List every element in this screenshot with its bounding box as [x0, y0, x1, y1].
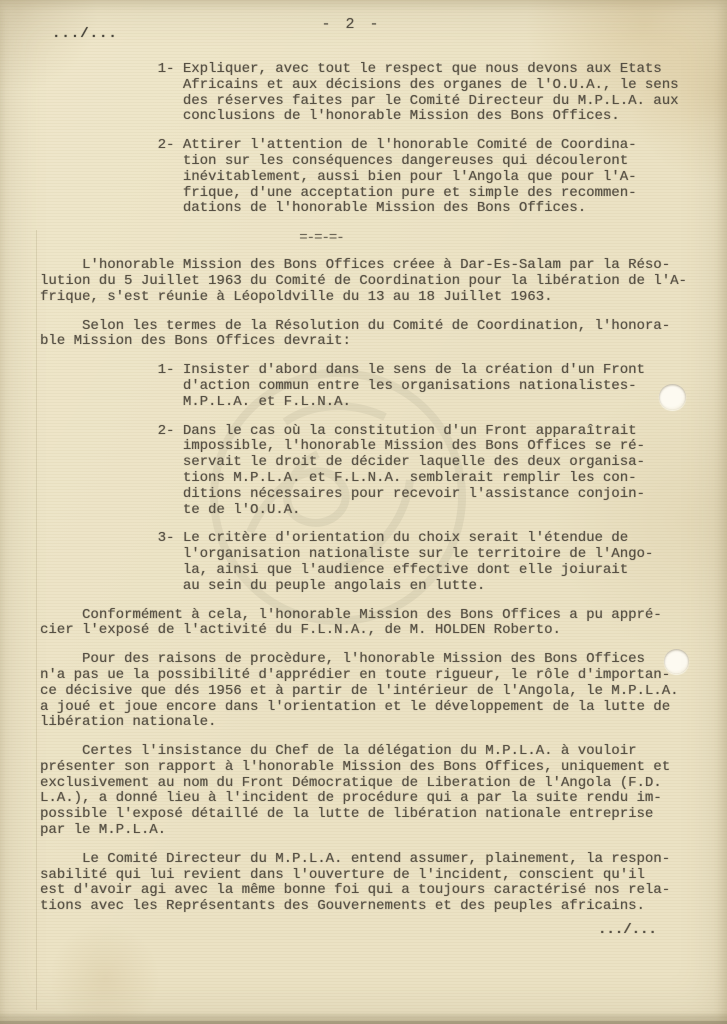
punch-hole [664, 649, 689, 674]
list-item-top-2: 2- Attirer l'attention de l'honorable Co… [40, 138, 727, 217]
document-body: 1- Expliquer, avec tout le respect que n… [0, 0, 727, 952]
paragraph-resolution-terms: Selon les termes de la Résolution du Com… [40, 319, 727, 351]
list-item-mid-3: 3- Le critère d'orientation du choix ser… [40, 531, 727, 594]
list-item-mid-2: 2- Dans le cas où la constitution d'un F… [40, 424, 727, 519]
section-separator: =-=-=- [0, 230, 665, 246]
list-item-top-1: 1- Expliquer, avec tout le respect que n… [40, 62, 727, 125]
paragraph-certes: Certes l'insistance du Chef de la déléga… [40, 744, 727, 839]
paragraph-comite-directeur: Le Comité Directeur du M.P.L.A. entend a… [40, 852, 727, 915]
scanned-page: .../... - 2 - 1- Expliquer, avec tout le… [0, 0, 727, 1024]
paragraph-conformement: Conformément à cela, l'honorable Mission… [40, 608, 727, 640]
paragraph-procedure: Pour des raisons de procèdure, l'honorab… [40, 652, 727, 731]
continuation-mark-bottom: .../... [40, 923, 727, 939]
paragraph-mission-created: L'honorable Mission des Bons Offices cré… [40, 258, 727, 305]
list-item-mid-1: 1- Insister d'abord dans le sens de la c… [40, 363, 727, 410]
punch-hole [659, 384, 686, 410]
